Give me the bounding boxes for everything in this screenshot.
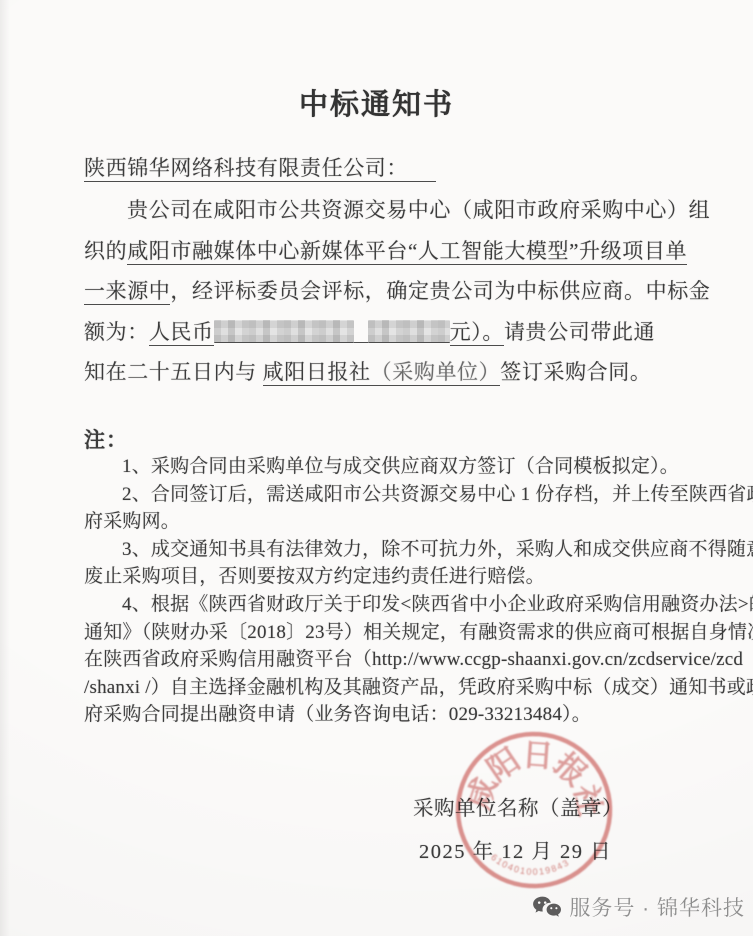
footer-watermark: 服务号 · 锦华科技: [532, 892, 745, 922]
text-line: 4、根据《陕西省财政厅关于印发<陕西省中小企业政府采购信用融资办法>的: [84, 591, 691, 619]
body-paragraph: 贵公司在咸阳市公共资源交易中心（咸阳市政府采购中心）组织的咸阳市融媒体中心新媒体…: [84, 190, 683, 393]
plain-text: 签订采购合同。: [500, 360, 651, 384]
redacted-amount-mosaic: [214, 320, 354, 343]
redacted-amount-mosaic: [368, 320, 450, 343]
text-line: 织的咸阳市融媒体中心新媒体平台“人工智能大模型”升级项目单: [84, 231, 683, 272]
text-line: 在陕西省政府采购信用融资平台（http://www.ccgp-shaanxi.g…: [84, 646, 691, 674]
plain-text: 3、成交通知书具有法律效力，除不可抗力外，采购人和成交供应商不得随意: [122, 539, 753, 560]
text-line: 通知》（陕财办采〔2018〕23号）相关规定，有融资需求的供应商可根据自身情况，: [84, 619, 691, 647]
text-line: 一来源中，经评标委员会评标，确定贵公司为中标供应商。中标金: [84, 271, 683, 312]
plain-text: 通知》（陕财办采〔2018〕23号）相关规定，有融资需求的供应商可根据自身情况，: [84, 622, 753, 643]
plain-text: 府采购网。: [84, 511, 180, 532]
text-line: 废止采购项目，否则要按双方约定违约责任进行赔偿。: [84, 563, 691, 591]
plain-text: 贵公司在咸阳市公共资源交易中心（咸阳市政府采购中心）组: [127, 198, 710, 222]
underlined-text: （采购单位）: [371, 360, 501, 386]
seal-char: 社: [568, 782, 608, 819]
plain-text: 知在二十五日内与: [84, 360, 263, 384]
underlined-text: 一来源中: [84, 279, 170, 305]
underlined-text: 咸阳日报社: [263, 360, 371, 386]
wechat-icon: [532, 895, 562, 920]
text-line: 贵公司在咸阳市公共资源交易中心（咸阳市政府采购中心）组: [84, 190, 683, 231]
underlined-text: 元）。: [450, 320, 504, 346]
document-title: 中标通知书: [0, 82, 753, 123]
plain-text: 4、根据《陕西省财政厅关于印发<陕西省中小企业政府采购信用融资办法>的: [122, 594, 753, 615]
plain-text: 请贵公司带此通: [504, 320, 655, 344]
text-line: 2、合同签订后，需送咸阳市公共资源交易中心 1 份存档，并上传至陕西省政: [84, 481, 691, 509]
addressee-company: 陕西锦华网络科技有限责任公司：: [84, 156, 436, 182]
plain-text: 在陕西省政府采购信用融资平台（http://www.ccgp-shaanxi.g…: [84, 649, 743, 670]
plain-text: 额为：: [84, 320, 149, 344]
text-line: 知在二十五日内与 咸阳日报社（采购单位）签订采购合同。: [84, 352, 683, 393]
plain-text: ，经评标委员会评标，确定贵公司为中标供应商。中标金: [170, 279, 710, 303]
text-line: 1、采购合同由采购单位与成交供应商双方签订（合同模板拟定）。: [84, 453, 691, 481]
plain-text: 废止采购项目，否则要按双方约定违约责任进行赔偿。: [84, 566, 545, 587]
addressee-line: 陕西锦华网络科技有限责任公司：: [84, 152, 436, 182]
underlined-text: 咸阳市融媒体中心新媒体平台“人工智能大模型”升级项目单: [127, 239, 687, 265]
text-line: 额为：人民币元）。请贵公司带此通: [84, 312, 683, 353]
plain-text: 2、合同签订后，需送咸阳市公共资源交易中心 1 份存档，并上传至陕西省政: [122, 484, 753, 505]
seal-serial-number: 6104010019843: [488, 852, 572, 880]
scanned-document-page: 中标通知书 陕西锦华网络科技有限责任公司： 贵公司在咸阳市公共资源交易中心（咸阳…: [0, 0, 753, 936]
underline-spacer: [354, 320, 368, 343]
underlined-text: 人民币: [149, 320, 214, 346]
notes-heading: 注：: [84, 424, 128, 454]
footer-watermark-text: 服务号 · 锦华科技: [569, 892, 745, 922]
text-line: 府采购网。: [84, 508, 691, 536]
plain-text: 1、采购合同由采购单位与成交供应商双方签订（合同模板拟定）。: [122, 456, 679, 477]
plain-text: 织的: [84, 239, 127, 263]
text-line: 3、成交通知书具有法律效力，除不可抗力外，采购人和成交供应商不得随意: [84, 536, 691, 564]
notes-list: 1、采购合同由采购单位与成交供应商双方签订（合同模板拟定）。2、合同签订后，需送…: [84, 453, 691, 729]
